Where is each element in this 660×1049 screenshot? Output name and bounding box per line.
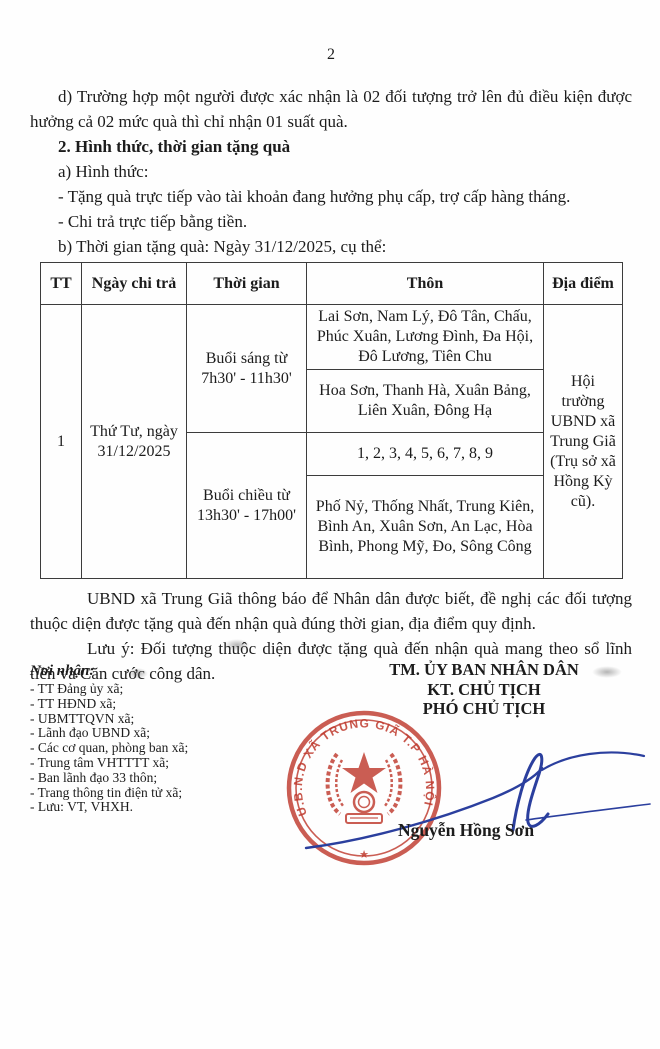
col-header-village: Thôn (307, 263, 544, 305)
document-page: 2 d) Trường hợp một người được xác nhận … (0, 0, 660, 1049)
col-header-pay-date: Ngày chi trả (82, 263, 187, 305)
notice-paragraph: UBND xã Trung Giã thông báo để Nhân dân … (30, 586, 632, 636)
cell-villages-morning-1: Lai Sơn, Nam Lý, Đô Tân, Chấu, Phúc Xuân… (307, 305, 544, 370)
cell-tt: 1 (41, 305, 82, 579)
schedule-table: TT Ngày chi trả Thời gian Thôn Địa điểm … (40, 262, 623, 579)
ink-smudge (128, 668, 148, 679)
paragraph-a: a) Hình thức: (30, 159, 632, 184)
page-number: 2 (30, 46, 632, 64)
cell-location: Hội trường UBND xã Trung Giã (Trụ sở xã … (544, 305, 623, 579)
cell-time-afternoon: Buổi chiều từ 13h30' - 17h00' (187, 433, 307, 579)
recipient-item: - Trung tâm VHTTTT xã; (30, 756, 310, 771)
cell-villages-morning-2: Hoa Sơn, Thanh Hà, Xuân Bảng, Liên Xuân,… (307, 370, 544, 433)
recipient-item: - Ban lãnh đạo 33 thôn; (30, 771, 310, 786)
recipient-item: - Lãnh đạo UBND xã; (30, 726, 310, 741)
cell-villages-afternoon-2: Phố Nỷ, Thống Nhất, Trung Kiên, Bình An,… (307, 476, 544, 579)
recipients-block: Nơi nhận: - TT Đảng ủy xã; - TT HĐND xã;… (30, 662, 310, 815)
recipient-item: - Trang thông tin điện tử xã; (30, 786, 310, 801)
recipient-item: - Các cơ quan, phòng ban xã; (30, 741, 310, 756)
table-header-row: TT Ngày chi trả Thời gian Thôn Địa điểm (41, 263, 623, 305)
cell-pay-date: Thứ Tư, ngày 31/12/2025 (82, 305, 187, 579)
cell-time-morning: Buổi sáng từ 7h30' - 11h30' (187, 305, 307, 433)
recipient-item: - TT HĐND xã; (30, 697, 310, 712)
paragraph-d: d) Trường hợp một người được xác nhận là… (30, 84, 632, 134)
ink-smudge (592, 666, 622, 678)
recipient-item: - UBMTTQVN xã; (30, 712, 310, 727)
paragraph-b: b) Thời gian tặng quà: Ngày 31/12/2025, … (30, 234, 632, 259)
document-body: 2 d) Trường hợp một người được xác nhận … (0, 0, 660, 686)
cell-villages-afternoon-1: 1, 2, 3, 4, 5, 6, 7, 8, 9 (307, 433, 544, 476)
ink-smudge (224, 639, 250, 651)
recipients-label: Nơi nhận: (30, 662, 310, 680)
section-2-heading: 2. Hình thức, thời gian tặng quà (30, 134, 632, 159)
table-row: 1 Thứ Tư, ngày 31/12/2025 Buổi sáng từ 7… (41, 305, 623, 370)
recipient-item: - TT Đảng ủy xã; (30, 682, 310, 697)
signer-name: Nguyễn Hồng Sơn (338, 820, 594, 841)
recipient-item: - Lưu: VT, VHXH. (30, 800, 310, 815)
form-line-2: - Chi trả trực tiếp bằng tiền. (30, 209, 632, 234)
col-header-time: Thời gian (187, 263, 307, 305)
form-line-1: - Tặng quà trực tiếp vào tài khoản đang … (30, 184, 632, 209)
col-header-tt: TT (41, 263, 82, 305)
col-header-location: Địa điểm (544, 263, 623, 305)
signature-kt: KT. CHỦ TỊCH (328, 680, 640, 700)
